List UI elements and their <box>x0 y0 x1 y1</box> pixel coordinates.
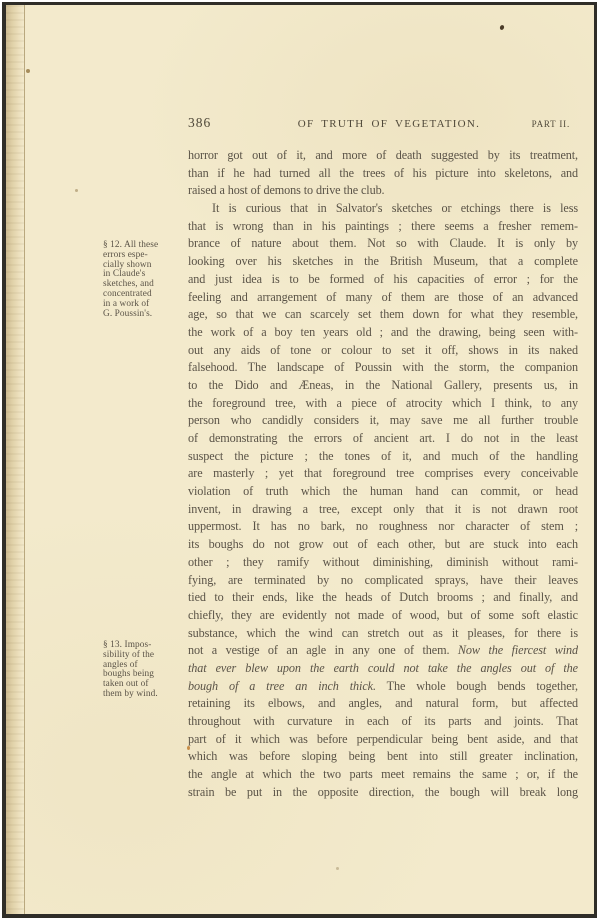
body-line: other ; they ramify without diminishing,… <box>188 554 578 572</box>
running-title: OF TRUTH OF VEGETATION. <box>278 118 500 130</box>
text-segment: fying, are terminated by no complicated … <box>188 573 578 587</box>
text-segment: which was before sloping being bent into… <box>188 749 578 763</box>
text-segment: are masterly ; yet that foreground tree … <box>188 466 578 480</box>
body-line: which was before sloping being bent into… <box>188 748 578 766</box>
body-line: raised a host of demons to drive the clu… <box>188 182 578 200</box>
text-segment: horror got out of it, and more of death … <box>188 148 578 162</box>
text-segment: the foreground tree, with a piece of atr… <box>188 396 578 410</box>
text-segment: The whole bough bends together, <box>376 679 578 693</box>
text-segment: suspect the picture ; the tones of it, a… <box>188 449 578 463</box>
scan-speck <box>499 24 505 30</box>
text-segment: retaining its elbows, and angles, and na… <box>188 696 578 710</box>
text-segment: invent, in drawing a tree, except only t… <box>188 502 578 516</box>
text-segment: not a vestige of an agle in any one of t… <box>188 643 458 657</box>
text-segment: uppermost. It has no bark, no roughness … <box>188 519 578 533</box>
text-segment: out any aids of tone or colour to set it… <box>188 343 578 357</box>
text-segment: that is wrong than in his paintings ; th… <box>188 219 578 233</box>
body-line: that is wrong than in his paintings ; th… <box>188 218 578 236</box>
body-line: and just idea is to be formed of his cap… <box>188 271 578 289</box>
margin-note: § 12. All these errors espe- cially show… <box>103 241 185 319</box>
page-scan-frame: 386 OF TRUTH OF VEGETATION. PART II. § 1… <box>2 2 597 918</box>
body-line: fying, are terminated by no complicated … <box>188 572 578 590</box>
italic-text-segment: bough of a tree an inch thick. <box>188 679 376 693</box>
italic-text-segment: that ever blew upon the earth could not … <box>188 661 578 675</box>
body-line: suspect the picture ; the tones of it, a… <box>188 448 578 466</box>
body-line: falsehood. The landscape of Poussin with… <box>188 359 578 377</box>
book-gutter-edge <box>6 5 25 914</box>
body-text: horror got out of it, and more of death … <box>188 147 578 801</box>
scan-speck <box>336 867 339 870</box>
italic-text-segment: Now the fiercest wind <box>458 643 578 657</box>
text-segment: age, so that we can scarcely set them do… <box>188 307 578 321</box>
body-line: age, so that we can scarcely set them do… <box>188 306 578 324</box>
body-line: tied to their ends, like the heads of Du… <box>188 589 578 607</box>
page-header: 386 OF TRUTH OF VEGETATION. PART II. <box>188 115 578 133</box>
body-line: the foreground tree, with a piece of atr… <box>188 395 578 413</box>
text-segment: chiefly, they are evidently not made of … <box>188 608 578 622</box>
text-segment: part of it which was before perpendicula… <box>188 732 578 746</box>
body-line: out any aids of tone or colour to set it… <box>188 342 578 360</box>
body-line: invent, in drawing a tree, except only t… <box>188 501 578 519</box>
text-segment: falsehood. The landscape of Poussin with… <box>188 360 578 374</box>
body-line: to the Dido and Æneas, in the National G… <box>188 377 578 395</box>
text-segment: tied to their ends, like the heads of Du… <box>188 590 578 604</box>
body-line: It is curious that in Salvator's sketche… <box>188 200 578 218</box>
body-line: person who candidly considers it, may sa… <box>188 412 578 430</box>
body-line: of demonstrating the errors of ancient a… <box>188 430 578 448</box>
body-line: strain be put in the opposite direction,… <box>188 784 578 802</box>
body-line: chiefly, they are evidently not made of … <box>188 607 578 625</box>
body-line: uppermost. It has no bark, no roughness … <box>188 518 578 536</box>
text-segment: the work of a boy ten years old ; and th… <box>188 325 578 339</box>
body-line: feeling and arrangement of many of them … <box>188 289 578 307</box>
body-line: than if he had turned all the trees of h… <box>188 165 578 183</box>
text-segment: looking over his sketches in the British… <box>188 254 578 268</box>
margin-notes-column: § 12. All these errors espe- cially show… <box>103 5 185 914</box>
scan-speck <box>75 189 78 192</box>
text-segment: substance, which the wind can stretch ou… <box>188 626 578 640</box>
body-line: that ever blew upon the earth could not … <box>188 660 578 678</box>
body-line: looking over his sketches in the British… <box>188 253 578 271</box>
body-line: horror got out of it, and more of death … <box>188 147 578 165</box>
text-segment: to the Dido and Æneas, in the National G… <box>188 378 578 392</box>
body-line: brance of nature about them. Not so with… <box>188 235 578 253</box>
part-label: PART II. <box>500 119 578 129</box>
text-segment: of demonstrating the errors of ancient a… <box>188 431 578 445</box>
body-line: its boughs do not grow out of each other… <box>188 536 578 554</box>
scanned-book-page: 386 OF TRUTH OF VEGETATION. PART II. § 1… <box>0 0 600 922</box>
body-line: substance, which the wind can stretch ou… <box>188 625 578 643</box>
body-line: the angle at which the two parts meet re… <box>188 766 578 784</box>
body-line: throughout with curvature in each of its… <box>188 713 578 731</box>
text-segment: It is curious that in Salvator's sketche… <box>212 201 578 215</box>
text-segment: its boughs do not grow out of each other… <box>188 537 578 551</box>
body-line: not a vestige of an agle in any one of t… <box>188 642 578 660</box>
body-line: the work of a boy ten years old ; and th… <box>188 324 578 342</box>
body-line: bough of a tree an inch thick. The whole… <box>188 678 578 696</box>
text-segment: and just idea is to be formed of his cap… <box>188 272 578 286</box>
body-line: are masterly ; yet that foreground tree … <box>188 465 578 483</box>
text-segment: strain be put in the opposite direction,… <box>188 785 578 799</box>
page-number: 386 <box>188 115 278 131</box>
text-segment: than if he had turned all the trees of h… <box>188 166 578 180</box>
text-segment: the angle at which the two parts meet re… <box>188 767 578 781</box>
text-segment: violation of truth which the human hand … <box>188 484 578 498</box>
margin-note: § 13. Impos- sibility of the angles of b… <box>103 641 185 700</box>
scan-speck <box>26 69 30 73</box>
page-surface: 386 OF TRUTH OF VEGETATION. PART II. § 1… <box>6 5 594 914</box>
body-line: retaining its elbows, and angles, and na… <box>188 695 578 713</box>
text-segment: person who candidly considers it, may sa… <box>188 413 578 427</box>
text-segment: throughout with curvature in each of its… <box>188 714 578 728</box>
text-segment: feeling and arrangement of many of them … <box>188 290 578 304</box>
body-line: violation of truth which the human hand … <box>188 483 578 501</box>
text-segment: raised a host of demons to drive the clu… <box>188 183 385 197</box>
text-segment: brance of nature about them. Not so with… <box>188 236 578 250</box>
text-segment: other ; they ramify without diminishing,… <box>188 555 578 569</box>
body-line: part of it which was before perpendicula… <box>188 731 578 749</box>
